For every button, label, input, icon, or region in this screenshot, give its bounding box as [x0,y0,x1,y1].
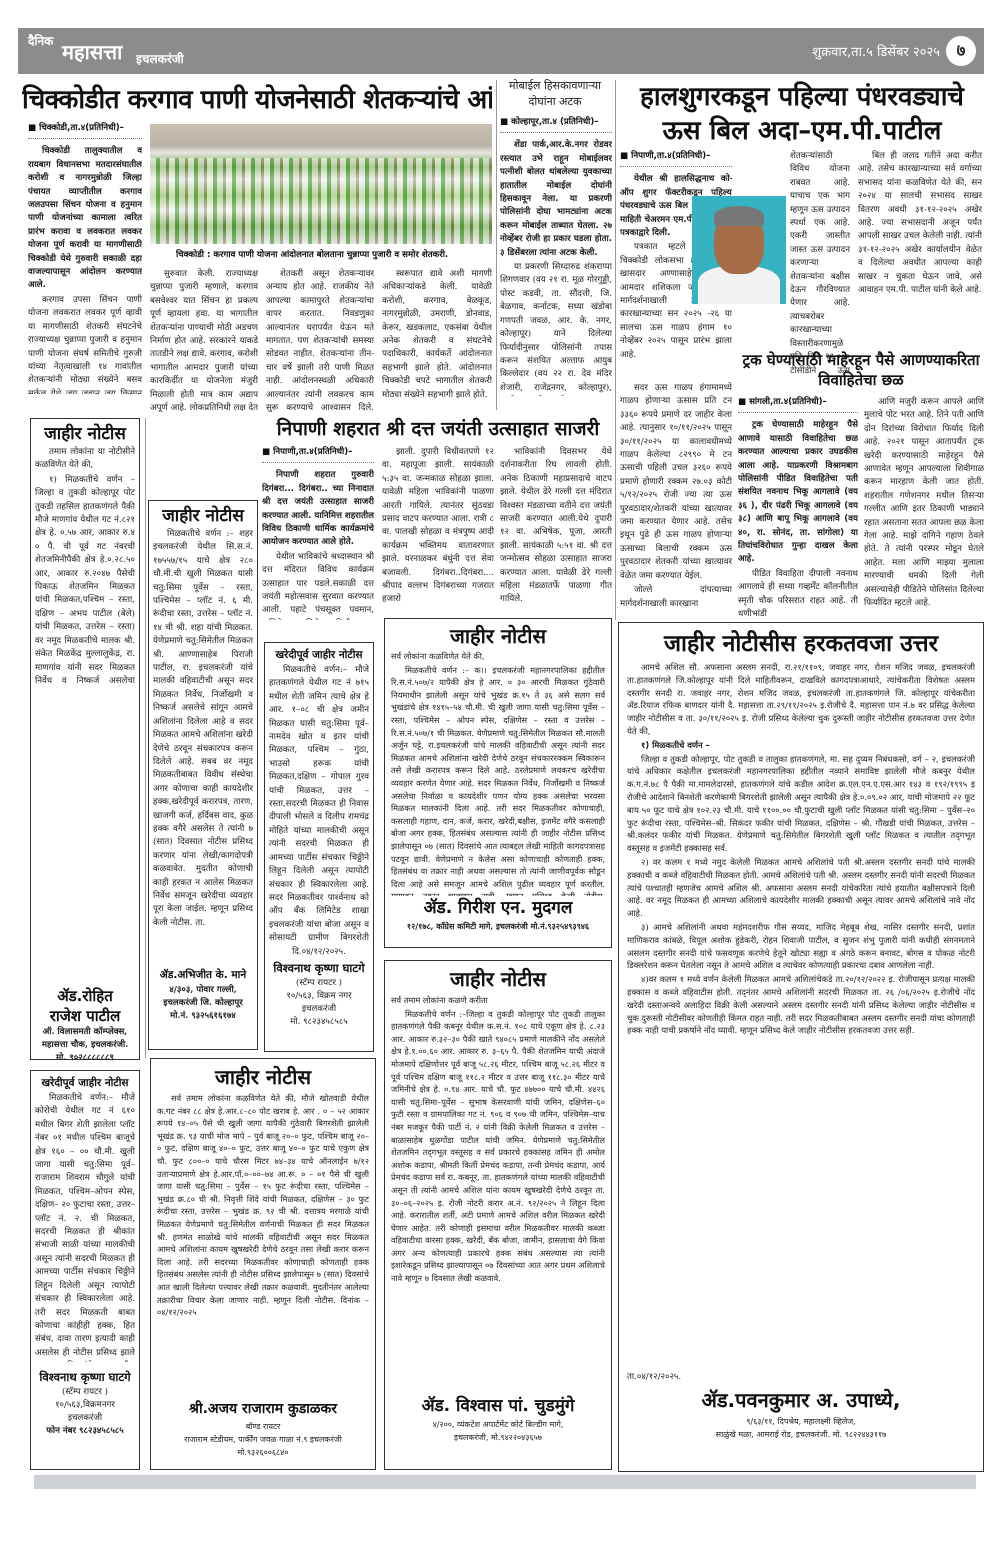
mobile-lead: शेंडा पार्क,आर.के.नगर रोडवर रस्त्यात उभे… [500,139,612,260]
notice-ghatge-left-body-wrap: मिळकतीचे वर्णन:– मौजे कोरोची येथील गट नं… [35,1092,135,1362]
mobile-theft-headline: मोबाईल हिसकावणाऱ्या दोघांना अटक [500,78,610,110]
notice-reply-signatory: ॲड.पवनकुमार अ. उपाध्ये, [627,1385,975,1415]
footer-bar [34,1475,976,1489]
chikodi-protest-photo [150,124,492,244]
mobile-body: या प्रकरणी सिध्दारुढ शंकराप्पा शिगणवार (… [500,261,612,396]
notice-mane-address-2: इचलकरंजी जि. कोल्हापूर [153,997,253,1010]
sangli-lead: ट्रक घेण्यासाठी माहेरहून पैसे आणावे यासा… [738,419,858,566]
halsugar-headline-line2: ऊस बिल अदा–एम.पी.पाटील [620,114,984,148]
notice-ghatge-mid-signatory: विश्वनाथ कृष्णा घाटगे [269,959,369,977]
notice-kudalkar-address: राजाराम स्टेडीयम, पार्कींग जवळ गाळा नं.९… [157,1433,369,1446]
halsugar-col2-text: शेतकऱ्यांसाठी विविध योजना राबवत आहे. याच… [738,150,850,380]
chikodi-headline: चिक्कोडीत करगाव पाणी योजनेसाठी शेतकऱ्यां… [22,80,492,120]
halsugar-col3: बिल ही जलद गतीने अदा करीत आहे. तसेच कारख… [858,150,982,346]
notice-patil-signatory-1: ॲड.रोहित [32,986,138,1006]
notice-reply-section1-title: १) मिळकतीचे वर्णन – [627,739,975,752]
notice-ghatge-left: खरेदीपूर्व जाहीर नोटीस मिळकतीचे वर्णन:– … [30,1070,140,1470]
crowd-image [150,158,492,244]
notice-ghatge-mid-address-1: १०/५६३, विक्रम नगर [269,990,369,1003]
notice-mudgal-title: जाहीर नोटीस [391,622,605,650]
notice-patil-intro: तमाम लोकांना या नोटीसीने कळविणेत येते की… [35,446,135,473]
sangli-col1: ■ सांगली,ता.४(प्रतिनिधी)– ट्रक घेण्यासाठ… [738,396,858,616]
notice-reply-section4: ४)वर कलम १ मध्ये वर्णन केलेली मिळकत आमचे… [627,973,975,1037]
notice-reply-body-wrap: आमचे अशिल सौ. अफसाना अस्लम सनदी, रा.२१/१… [627,661,975,1371]
column-rule [496,80,497,410]
halsugar-col1c-text: जोल्ले दांपत्याच्या मार्गदर्शनाखाली कारख… [620,584,732,611]
notice-reply-section1: जिल्हा व तुकडी कोल्हापूर, पोट तुकडी व ता… [627,753,975,855]
notice-patil-address-1: ऑ. विलासमती कॉम्प्लेक्स, [32,1026,138,1039]
notice-ghatge-left-signatory: विश्वनाथ कृष्णा घाटगे [35,1368,135,1386]
notice-patil-address-2: महासत्ता चौक, इचलकरंजी. [32,1039,138,1052]
notice-patil-body: १) मिळकतीचे वर्णन – जिल्हा व तुकडी कोल्ह… [35,474,135,688]
halsugar-col2: शेतकऱ्यांसाठी विविध योजना राबवत आहे. याच… [738,150,850,380]
column-rule [615,80,616,620]
notice-mane-title: जाहीर नोटीस [153,504,253,528]
notice-ghatge-left-address-2: इचलकरंजी [35,1412,135,1425]
nipani-datta-col1: ■ निपाणी,ता.४(प्रतिनिधी)– निपाणी शहरात ग… [262,446,374,620]
issue-date: शुक्रवार,ता.५ डिसेंबर २०२५ [812,42,940,60]
chikodi-photo-caption: चिक्कोडी : करगाव पाणी योजना आंदोलनात बोल… [176,248,496,262]
nipani-datta-body: येथील भाविकांचे श्रध्दास्थान श्री दत्त म… [262,551,374,620]
masthead-city: इचलकरंजी [136,50,184,67]
notice-mane-body-wrap: मिळकतीचे वर्णन :– शहर इचलकरंजी येथील सि.… [153,528,253,960]
notice-reply-section3: ३) आमचे अशिलांनी अथवा महंमदशरीफ गौस सय्य… [627,921,975,972]
notice-mane-address-1: ४/३०३, पोवार गल्ली, [153,984,253,997]
notice-ghatge-mid-body-wrap: मिळकतीचे वर्णन:– मौजे हातकणंगले येथील गट… [269,664,369,946]
notice-ghatge-mid: खरेदीपूर्व जाहीर नोटीस मिळकतीचे वर्णन:– … [264,642,374,1052]
notice-mane: जाहीर नोटीस मिळकतीचे वर्णन :– शहर इचलकरं… [148,500,258,1050]
notice-chudmunge-title: जाहीर नोटीस [391,964,605,994]
notice-patil-phone: मो. ९०२८८८८८८९ [32,1052,138,1065]
chikodi-col2: सुरुवात केली. राज्याध्यक्ष चुन्नाप्पा पु… [150,268,258,412]
notice-ghatge-mid-address-2: इचलकरंजी [269,1003,369,1016]
chikodi-dateline: ■ चिक्कोडी,ता.४(प्रतिनिधी)– [28,122,142,139]
notice-mane-signatory: ॲड.अभिजीत के. माने [153,966,253,984]
notice-reply-address-1: ९/६३/११, दिपश्रेय, महालक्ष्मी व्हिलेज, [627,1415,975,1428]
halsugar-headline-line1: हालशुगरकडून पहिल्या पंधरवड्याचे [620,80,984,114]
column-rule [145,418,146,1058]
nipani-datta-lead: निपाणी शहरात गुरुवारी दिगंबरा... दिगंबरा… [262,469,374,549]
notice-patil-title: जाहीर नोटीस [35,422,135,446]
notice-mane-body: मिळकतीचे वर्णन :– शहर इचलकरंजी येथील सि.… [153,528,253,930]
notice-ghatge-left-body: मिळकतीचे वर्णन:– मौजे कोरोची येथील गट नं… [35,1092,135,1362]
sangli-col2: आणि मजुरी करून आपले आणि मुलाचे पोट भरत आ… [864,396,984,616]
notice-reply-section2: २) वर कलम १ मध्ये नमुद केलेली मिळकत आमचे… [627,856,975,920]
notice-mudgal: जाहीर नोटीस सर्व लोकांना कळविणेत येते की… [384,618,612,948]
notice-patil-body-cont [35,686,135,936]
notice-reply-intro: आमचे अशिल सौ. अफसाना अस्लम सनदी, रा.२१/१… [627,661,975,738]
notice-patil: जाहीर नोटीस तमाम लोकांना या नोटीसीने कळव… [30,418,140,688]
notice-ghatge-left-phone: फोन नंबर ९८२३४५८५८५ [35,1425,135,1438]
notice-mudgal-address: १२/१७८, काँग्रेस कमिटी मागे, इचलकरंजी मो… [391,920,605,933]
notice-ghatge-mid-phone: मो. ९८२३४५८५८५ [269,1016,369,1029]
notice-reply-date-wrap: ता.०४/१२/२०२५. [627,1371,975,1385]
chikodi-col3: शेतकरी असून शेतकऱ्यावर अन्याय होत आहे. र… [266,268,374,412]
chikodi-col2-text: सुरुवात केली. राज्याध्यक्ष चुन्नाप्पा पु… [150,268,258,412]
notice-ghatge-mid-body: मिळकतीचे वर्णन:– मौजे हातकणंगले येथील गट… [269,664,369,946]
chikodi-lead-column: ■ चिक्कोडी,ता.४(प्रतिनिधी)– चिक्कोडी ताल… [28,122,142,394]
notice-ghatge-mid-title: खरेदीपूर्व जाहीर नोटीस [269,646,369,664]
chikodi-lead: चिक्कोडी तालुक्यातील व रायबाग विधानसभा म… [28,145,142,292]
notice-kudalkar-role: बॉण्ड रायटर [157,1420,369,1433]
nipani-datta-col3: भाविकांनी दिवसभर येथे दर्शनाकरीता रिघ ला… [500,446,612,606]
notice-reply-date: ता.०४/१२/२०२५. [627,1372,681,1382]
notice-kudalkar-body: सर्व तमाम लोकांना कळविणेत येते की, मौजे … [157,1092,369,1319]
halsugar-col1-cont: सदर ऊस गाळप हंगामामध्ये गाळप होणाऱ्या ऊस… [620,382,732,617]
page-number-badge: ७ [946,36,976,66]
notice-patil-signatory-2: राजेश पाटील [32,1006,138,1026]
notice-chudmunge-body: मिळकतीचे वर्णन :–जिल्हा व तुकडी कोल्हापू… [391,1008,605,1285]
notice-reply-title: जाहीर नोटीसीस हरकतवजा उत्तर [627,627,975,661]
notice-chudmunge-address-1: ४/२००, व्यंकटेश अपार्टमेंट कोर्ट बिल्डीं… [391,1418,605,1431]
notice-mudgal-intro: सर्व लोकांना कळविणेत येते की, [391,650,605,663]
notice-kudalkar-title: जाहीर नोटीस [157,1062,369,1092]
sangli-headline: ट्रक घेण्यासाठी माहेरहून पैसे आणण्याकरित… [738,350,984,394]
sangli-headline-text: ट्रक घेण्यासाठी माहेरहून पैसे आणण्याकरित… [743,351,980,389]
nipani-datta-dateline: ■ निपाणी,ता.४(प्रतिनिधी)– [262,446,374,463]
notice-chudmunge-body-wrap: सर्व तमाम लोकांना कळणे करीता मिळकतीचे वर… [391,994,605,1394]
sangli-body: पीडित विवाहिता दीपाली नवनाथ आगलावे ही सध… [738,568,858,616]
notice-mane-phone: मो.नं. ९३२५६१६१७४ [153,1010,253,1023]
sangli-col2-text: आणि मजुरी करून आपले आणि मुलाचे पोट भरत आ… [864,396,984,611]
chikodi-col4: स्वरूपात द्यावे अशी मागणी अधिकाऱ्यांकडे … [382,268,492,412]
notice-kudalkar: जाहीर नोटीस सर्व तमाम लोकांना कळविणेत ये… [150,1058,376,1470]
nipani-datta-col2-text: झाली. दुपारी विधीवतपणे १२ वा. महापूजा झा… [382,446,494,607]
notice-chudmunge: जाहीर नोटीस सर्व तमाम लोकांना कळणे करीता… [384,960,612,1470]
notice-reply: जाहीर नोटीसीस हरकतवजा उत्तर आमचे अशिल सौ… [618,622,984,1472]
sangli-dateline: ■ सांगली,ता.४(प्रतिनिधी)– [738,396,858,413]
masthead-daily-label: दैनिक [28,32,53,49]
notice-mudgal-body-wrap: सर्व लोकांना कळविणेत येते की, मिळकतीचे व… [391,650,605,896]
masthead: दैनिक महासत्ता इचलकरंजी शुक्रवार,ता.५ डि… [18,28,984,74]
chikodi-col3-text: शेतकरी असून शेतकऱ्यावर अन्याय होत आहे. र… [266,268,374,412]
notice-ghatge-left-role: (स्टॅम्प रायटर ) [35,1386,135,1399]
halsugar-dateline: ■ निपाणी,ता.४(प्रतिनिधी)– [620,150,732,167]
nipani-datta-col3-text: भाविकांनी दिवसभर येथे दर्शनाकरीता रिघ ला… [500,446,612,606]
mobile-headline-text: मोबाईल हिसकावणाऱ्या दोघांना अटक [509,79,601,108]
notice-chudmunge-signatory: ॲड. विश्वास पां. चुडमुंगे [391,1394,605,1418]
chikodi-col4-text: स्वरूपात द्यावे अशी मागणी अधिकाऱ्यांकडे … [382,268,492,402]
notice-kudalkar-signatory: श्री.अजय राजाराम कुडाळकर [157,1398,369,1420]
notice-kudalkar-body-wrap: सर्व तमाम लोकांना कळविणेत येते की, मौजे … [157,1092,369,1398]
notice-ghatge-mid-date: दि.०४/१२/२०२५. [269,946,369,959]
notice-ghatge-mid-role: (स्टॅम्प रायटर ) [269,977,369,990]
mobile-dateline: ■ कोल्हापूर,ता.४ (प्रतिनिधी)– [500,116,612,133]
nipani-datta-headline: निपाणी शहरात श्री दत्त जयंती उत्साहात सा… [262,414,614,444]
halsugar-col3-text: बिल ही जलद गतीने अदा करीत आहे. तसेच कारख… [858,150,982,297]
notice-mudgal-signatory: ॲड. गिरीश एन. मुदगल [391,896,605,920]
newspaper-name: महासत्ता [62,38,122,65]
notice-ghatge-left-title: खरेदीपूर्व जाहीर नोटीस [35,1074,135,1092]
notice-chudmunge-intro: सर्व तमाम लोकांना कळणे करीता [391,994,605,1007]
chikodi-para2: करगाव उपसा सिंचन पाणी योजना लवकरात लवकर … [28,294,142,394]
notice-patil-body-wrap: तमाम लोकांना या नोटीसीने कळविणेत येते की… [35,446,135,688]
notice-mudgal-body: मिळकतीचे वर्णन :– क।। इचलकरंजी महानगरपाल… [391,664,605,896]
notice-kudalkar-phone: मो.९३२६००६८४० [157,1446,369,1459]
notice-chudmunge-address-2: इचलकरंजी, मो.९४२२०४३६५७ [391,1431,605,1444]
notice-patil-signature: ॲड.रोहित राजेश पाटील ऑ. विलासमती कॉम्प्ल… [32,986,138,1065]
halsugar-col1b-text: सदर ऊस गाळप हंगामामध्ये गाळप होणाऱ्या ऊस… [620,382,732,583]
notice-reply-address-2: साळुंखे मळा, आमराई रोड, इचलकरंजी. मो. ९८… [627,1428,975,1441]
notice-ghatge-left-address-1: १०/५६३,विक्रमनगर [35,1399,135,1412]
mobile-theft-column: ■ कोल्हापूर,ता.४ (प्रतिनिधी)– शेंडा पार्… [500,116,612,396]
nipani-datta-col2: झाली. दुपारी विधीवतपणे १२ वा. महापूजा झा… [382,446,494,618]
